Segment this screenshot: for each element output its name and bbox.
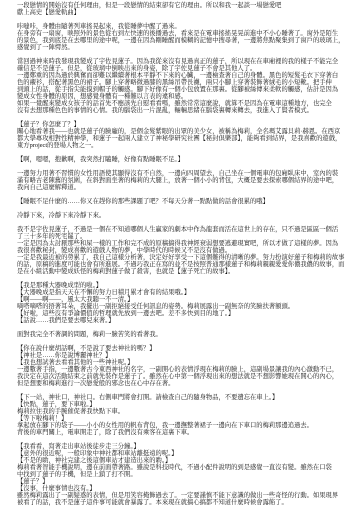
text-line: 一定是因為太討厭那些和屎一樣的工作和完不成的原稿搞得我神經衰弱想要逃避現實吧，所… (17, 240, 360, 247)
dialogue-line: 【我看看，寫著走出車站後徒步走三分鐘。】 (17, 443, 360, 450)
dialogue-line: 【話說……我們是要去哪兒來著。】 (17, 317, 360, 324)
dialogue-line: 【啊，嗯嗯，抱歉啊，我突然打瞌睡，好像有點睡眠不足。】 (17, 156, 360, 163)
text-line: 一邊鄭重的因為過於興奮而卻難以繼續著根本平靜不下來的心臟，一邊檢查著自己的身體。… (17, 72, 360, 79)
paragraph: 我不是宇佐見蓮子，不過是一個在不知道哪個人生贏家的劇本中作為龍套而活在這世上的存… (17, 226, 360, 275)
text-line: 雖然梅莉露出了一副疑惑的表情，但是用笑容掩飾過去了。一定要謹慎不能下意識的做出一… (17, 492, 360, 499)
text-line: 我向自己這麼解釋道。 (17, 184, 360, 191)
text-line: 都大學專攻相對性精神學，和蓮子一起兩人建立了神秘學研究社團【秘封倶樂部】，能夠看… (17, 135, 360, 142)
dialogue-line: 【下一站，神社口，神社口。右側車門將會打開。請檢查自己的隨身物品，不要遺忘在車上… (17, 394, 360, 401)
dialogue-line: 【等下啦梅莉！】 (17, 415, 360, 422)
story-title: 獻上高史【戀愛軌曲】 (17, 9, 360, 16)
text-line: 嘀嗒嘀嗒的捂著耳朵，我擺出一副拒絕接受任何訊息的姿勢。梅莉展露出一副無奈的笑臉扶… (17, 303, 360, 310)
text-line: 的景色，我到底是在去哪里的途中呢，一邊在因為剛睡醒而模糊的記憶中搜尋著，一邊將焦… (17, 37, 360, 44)
dialogue-line: 【大器晚成是指天天在不懈的努力日積月累才會有的結果哦。】 (17, 289, 360, 296)
text-line: 我決定在這次活動結束之前就先裝作是蓮子了。雖然在心中第一個浮現出來的想法就是不想… (17, 373, 360, 380)
text-line: 面對我完全不著調的問題，梅莉一臉苦笑的看著我。 (17, 331, 360, 338)
dialogue-line: 【我也想試著去看看其他的一些神社呢。】 (17, 359, 360, 366)
document-page: 一段戀情的開始沒有任何理由，但是一段戀情的結束卻有它的理由。所以和我一起談一場戀… (0, 0, 360, 511)
text-line: 梅莉拉住我的手腕催促著我快點下車。 (17, 408, 360, 415)
text-line: 當回過神來時我發現我變成了宇佐見蓮子。因為我從來沒有見過真正的蓮子，所以現在在車… (17, 58, 360, 65)
paragraph: 【我看看，寫著走出車站後徒步走三分鐘。】 【意外的很近呢，一般印象中神社都和車站… (17, 443, 360, 506)
text-line: 拿起放在腳下的袋子——小小的女性用的帆布背包，我一邊撫整著裙子一邊向在下車口的梅… (17, 422, 360, 429)
dialogue-line: 【沒事，什麼事情也沒有。】 (17, 485, 360, 492)
text-line: 咔噠咔，身體由隨著列車搖晃起來，我從睡夢中醒了過來。 (17, 23, 360, 30)
text-line: 的話，原稿的進度可能也會有所進展。不過巧我正在寫的並不是按照普通那樣蓮子和梅莉親… (17, 261, 360, 268)
text-line: 是在小組活動中變成妖怪的梅莉對蓮子做了殺害，也就是【蓮子死亡的故事】。 (17, 268, 360, 275)
paragraph: 【蓮子？你怎麼了？】 關心地看著我——也就是蓮子的臉龐的，是個金髮紫眼的出眾的美… (17, 121, 360, 149)
dialogue-line: 【神社是……你是說博麗神社？】 (17, 352, 360, 359)
text-line: 關心地看著我——也就是蓮子的臉龐的，是個金髮紫眼的出眾的美少女，被稱為梅莉，全名… (17, 128, 360, 135)
dialogue-line: 【好啦，這些沒有爭論價值的哲理就先放到一邊去吧。差不多快到目的地了。】 (17, 310, 360, 317)
dialogue-line: 【你在說什麼胡話啊，不是說了要去神社的嗎？】 (17, 345, 360, 352)
text-line: 我很喜歡秘封，變成喜歡的遊戲人物的夢，中學時代的時候又不是沒有做過。 (17, 247, 360, 254)
text-line: 東方project的登場人物之一。 (17, 142, 360, 149)
text-line: 在身旁有一扇窗，映照外的景色從右到左快速的後播過去，看來是在電車搖搖晃晃前進中不… (17, 30, 360, 37)
paragraph: 【我是那種大器晚成型的啦。】 【大器晚成是指天天在不懈的努力日積月累才會有的結果… (17, 282, 360, 324)
dialogue-line: 【蓮子？你怎麼了？】 (17, 121, 360, 128)
text-line: 沒有去想那種色色的事情的心情。我的腦袋出一片混亂，輛輛思緒在腦袋裏轉來轉去，我進… (17, 107, 360, 114)
paragraph: 【下一站，神社口，神社口。右側車門將會打開。請檢查自己的隨身物品，不要遺忘在車上… (17, 394, 360, 436)
text-line: 但是想要和梅莉進行一次戀愛般的邪念也在心中存在著。 (17, 380, 360, 387)
text-line: 一定是我最近被的勞累了，我自己這樣分析著，決定好好享受一下這個難得的清晰的夢。努… (17, 254, 360, 261)
text-line: 色的襯衫，搭配著黑色的裙子。腳上穿著略微過膝的黑絲吊帶長襪，兩只小腳上穿著裝飾著… (17, 79, 360, 86)
text-line: 滿有略古老陳舊的氛圍，在斜對面坐著的梅莉的大腿上，放著一個小小的背包，大概是要去… (17, 177, 360, 184)
text-line: 我不是宇佐見蓮子，不過是一個在不知道哪個人生贏家的劇本中作為龍套而活在這世上的存… (17, 226, 360, 233)
text-line: 一邊數著手指，一邊數著古今東西神社的名字，一副開心的表情浮現在梅莉的臉上，這副場… (17, 366, 360, 373)
paragraph: 【睡眠不足什麼的……你又在趕你的那些課題了吧？不每天分著一點點做的話會很累的哦】 (17, 198, 360, 205)
paragraph: 【啊，嗯嗯，抱歉啊，我突然打瞌睡，好像有點睡眠不足。】 (17, 156, 360, 163)
text-line: 中找到了蓮子的手機，但是上鎖了打不開。 (17, 471, 360, 478)
paragraph: 【你在說什麼胡話啊，不是說了要去神社的嗎？】 【神社是……你是說博麗神社？】 【… (17, 345, 360, 387)
dialogue-line: 【蓮子？】 (17, 478, 360, 485)
paragraph: 面對我完全不著調的問題，梅莉一臉苦笑的看著我。 (17, 331, 360, 338)
text-line: 冷靜下來，冷靜下來冷靜下來。 (17, 212, 360, 219)
text-line: 一邊努力用著不習慣的女性用語使其顯得沒有不自然，一邊向四周望去，自己坐在一個電車… (17, 170, 360, 177)
text-line: 了三十多年的死宅罷了。 (17, 233, 360, 240)
text-line: 如果一覺醒來變成女孩子的話首先不應該先自慰看看嗎，雖然常常這麼說，就算不是因為在… (17, 100, 360, 107)
paragraph: 當回過神來時我發現我變成了宇佐見蓮子。因為我從來沒有見過真正的蓮子，所以現在在車… (17, 58, 360, 114)
text-line: 到頭上的話，從手指尖能摸到帽子的觸感。腳下好像有一個小包放置在那裏。從腳被絲傳來… (17, 86, 360, 93)
tagline: 一段戀情的開始沒有任何理由，但是一段戀情的結束卻有它的理由。所以和我一起談一場戀… (17, 2, 360, 9)
paragraph: 咔噠咔，身體由隨著列車搖晃起來，我從睡夢中醒了過來。 在身旁有一扇窗，映照外的景… (17, 23, 360, 51)
dialogue-line: 【快點，蓮子，要下車啦。】 (17, 401, 360, 408)
text-line: 被看了的話，我不是蓮子這件事可能就會暴露了。本來現在就搞心搞都不知道什麼時候會露… (17, 499, 360, 506)
text-line: 確信是不是蓮子。但是，從玻璃中倒映出來的身姿，除了宇佐見蓮子不會是其他人了。 (17, 65, 360, 72)
text-line: 感覺到了一陣愕然。 (17, 44, 360, 51)
dialogue-line: 【啊——啊——，風太大我聽一不一清。】 (17, 296, 360, 303)
dialogue-line: 【不是的喲，神社完建之後這個車站才建造出來的喲。】 (17, 457, 360, 464)
title-block: 一段戀情的開始沒有任何理由，但是一段戀情的結束卻有它的理由。所以和我一起談一場戀… (17, 2, 360, 16)
paragraph: 冷靜下來，冷靜下來冷靜下來。 (17, 212, 360, 219)
text-line: 梅莉看著智能手機說明，邊在前面帶著路。雖說是科技時代，不過小配件說明的到是感覺一… (17, 464, 360, 471)
text-line: 變成女性身體的原因，想感覺身體有一種難以言表的違和感。 (17, 93, 360, 100)
text-line: 背後的車門關上，電車開走了，除了我們沒有乘客在這裏下車。 (17, 429, 360, 436)
dialogue-line: 【意外的很近呢，一般印象中神社都和車站離挺遠的呢。】 (17, 450, 360, 457)
paragraph: 一邊努力用著不習慣的女性用語使其顯得沒有不自然，一邊向四周望去，自己坐在一個電車… (17, 170, 360, 191)
dialogue-line: 【睡眠不足什麼的……你又在趕你的那些課題了吧？不每天分著一點點做的話會很累的哦】 (17, 198, 360, 205)
dialogue-line: 【我是那種大器晚成型的啦。】 (17, 282, 360, 289)
